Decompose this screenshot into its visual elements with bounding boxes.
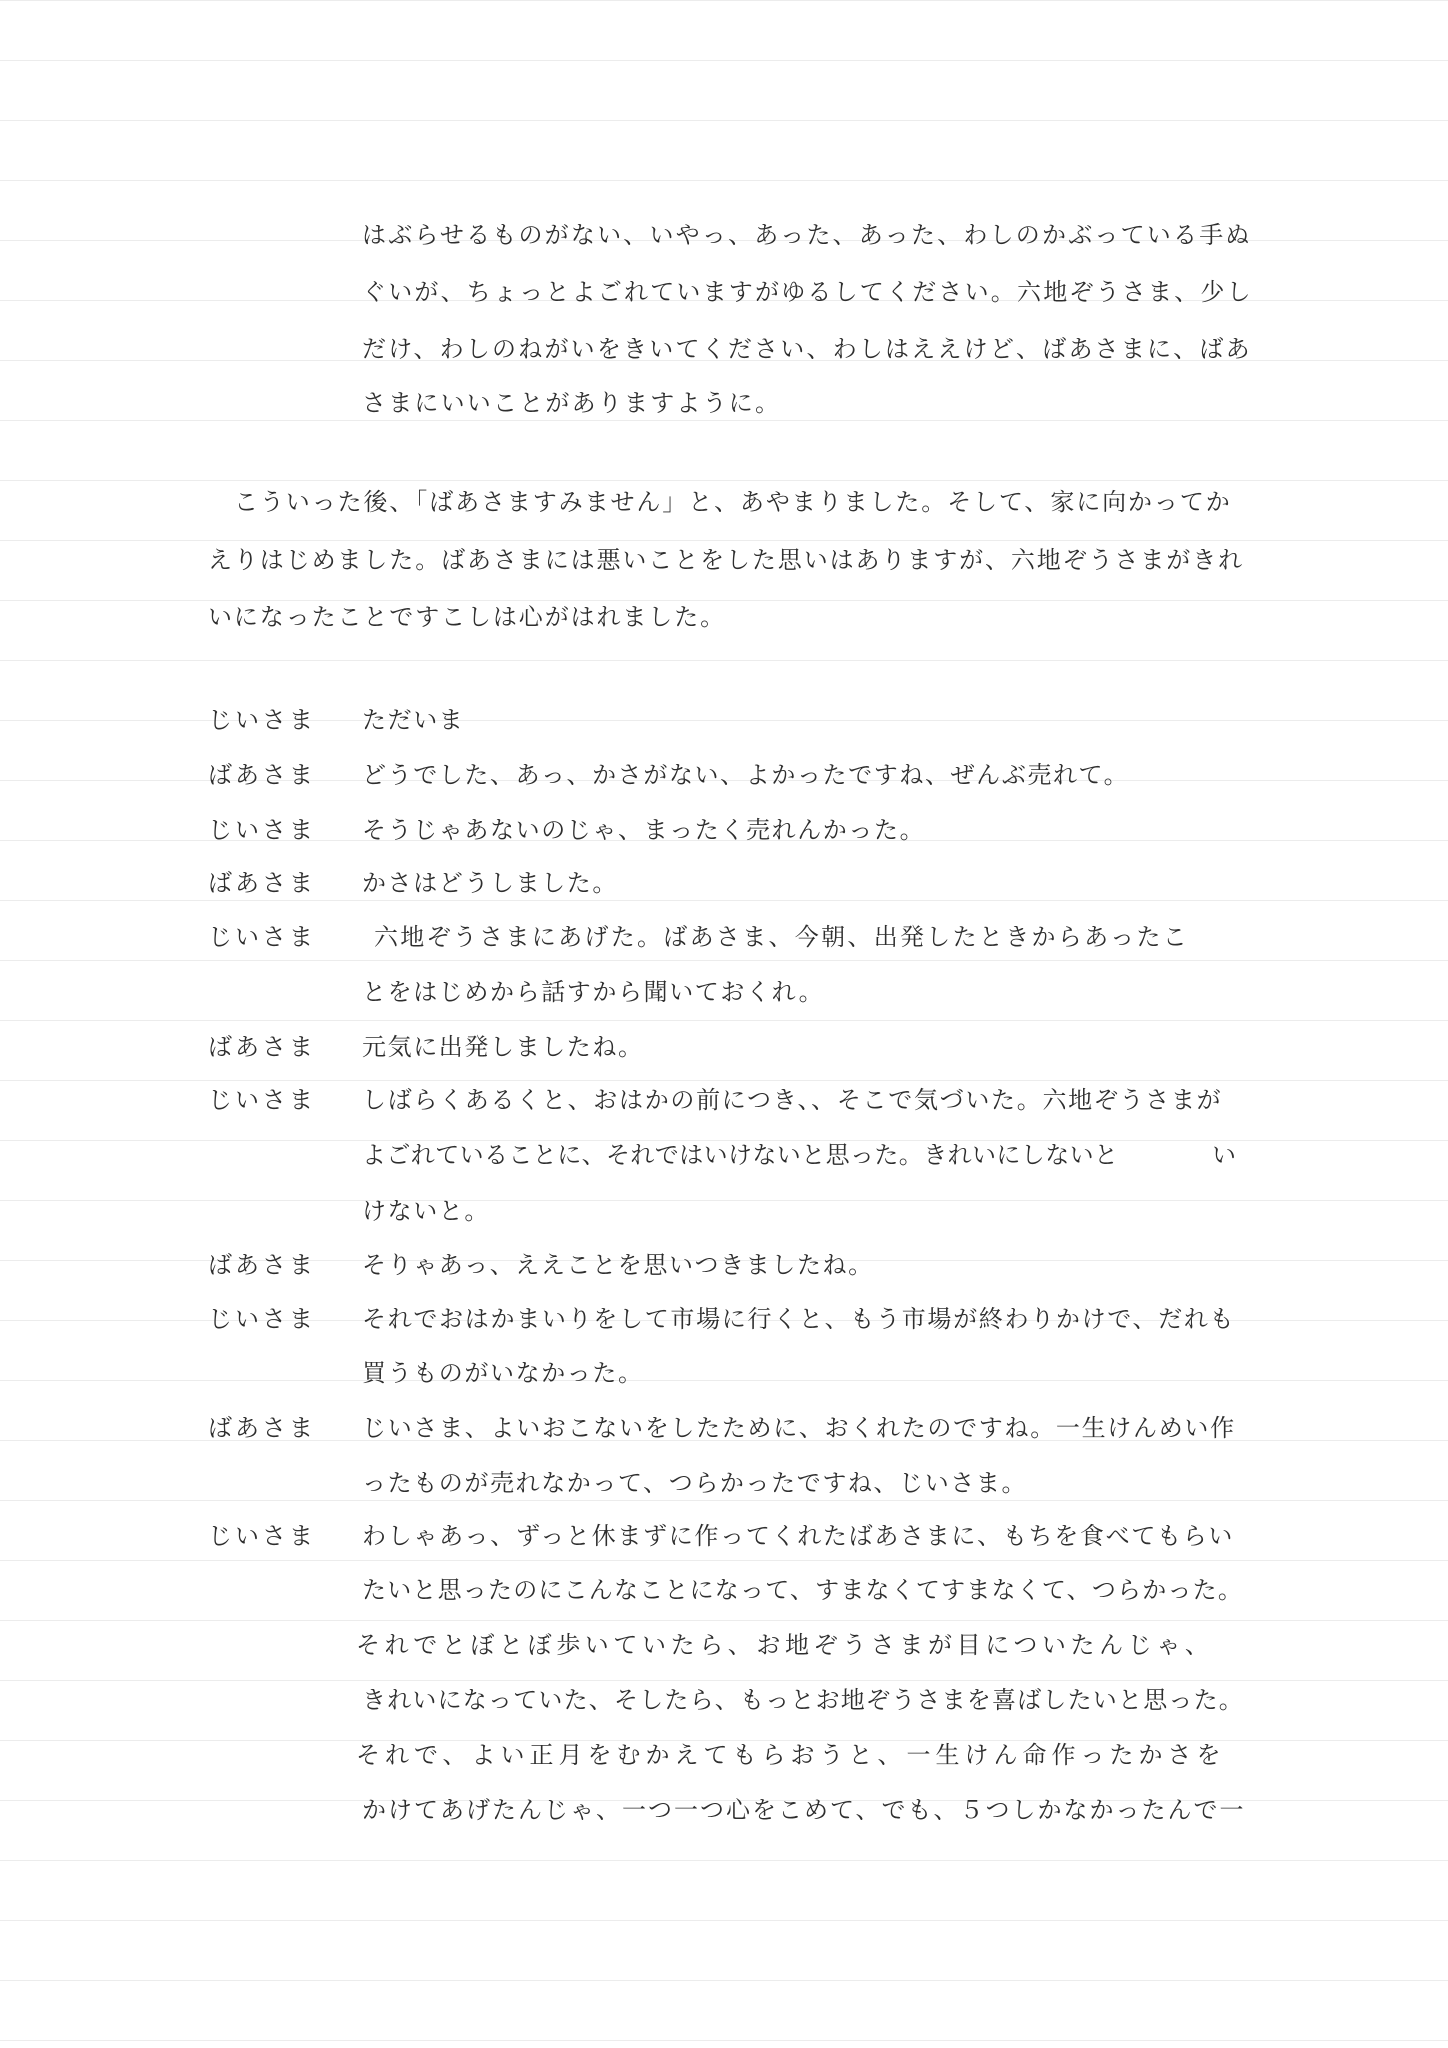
speaker-name: ばあさま bbox=[208, 1411, 316, 1445]
speech-line: 元気に出発しましたね。 bbox=[362, 1030, 644, 1064]
speech-line: ただいま bbox=[362, 703, 464, 737]
speech-line: かさはどうしました。 bbox=[362, 866, 618, 900]
speaker-name: ばあさま bbox=[208, 866, 316, 900]
speaker-name: ばあさま bbox=[208, 758, 316, 792]
prayer-line: ぐいが、ちょっとよごれていますがゆるしてください。六地ぞうさま、少し bbox=[362, 275, 1253, 309]
prayer-line: はぶらせるものがない、いやっ、あった、あった、わしのかぶっている手ぬ bbox=[362, 218, 1252, 252]
prayer-line: さまにいいことがありますように。 bbox=[362, 386, 781, 420]
speech-line: それで、よい正月をむかえてもらおうと、一生けん命作ったかさを bbox=[356, 1738, 1226, 1772]
speaker-name: じいさま bbox=[208, 1083, 316, 1117]
speech-line: どうでした、あっ、かさがない、よかったですね、ぜんぶ売れて。 bbox=[362, 758, 1129, 792]
speaker-name: じいさま bbox=[208, 1519, 316, 1553]
speech-line: 六地ぞうさまにあげた。ばあさま、今朝、出発したときからあったこ bbox=[374, 920, 1189, 954]
speech-line: それでおはかまいりをして市場に行くと、もう市場が終わりかけで、だれも bbox=[362, 1302, 1235, 1336]
narration-line: こういった後、「ばあさますみません」と、あやまりました。そして、家に向かってか bbox=[234, 485, 1232, 519]
speech-trailing-char: い bbox=[1212, 1138, 1236, 1172]
speech-line: しばらくあるくと、おはかの前につき、、そこで気づいた。六地ぞうさまが bbox=[362, 1083, 1222, 1117]
speech-line: わしゃあっ、ずっと休まずに作ってくれたばあさまに、もちを食べてもらい bbox=[362, 1519, 1234, 1553]
speech-line: 買うものがいなかった。 bbox=[362, 1356, 644, 1390]
prayer-line: だけ、わしのねがいをきいてください、わしはええけど、ばあさまに、ばあ bbox=[362, 332, 1252, 366]
speech-line: そうじゃあないのじゃ、まったく売れんかった。 bbox=[362, 813, 925, 847]
narration-line: えりはじめました。ばあさまには悪いことをした思いはありますが、六地ぞうさまがきれ bbox=[208, 543, 1244, 577]
speech-line: きれいになっていた、そしたら、もっとお地ぞうさまを喜ばしたいと思った。 bbox=[362, 1683, 1244, 1717]
speech-line: けないと。 bbox=[362, 1194, 490, 1228]
document-page: はぶらせるものがない、いやっ、あった、あった、わしのかぶっている手ぬ ぐいが、ち… bbox=[0, 0, 1448, 2048]
speech-line: かけてあげたんじゃ、一つ一つ心をこめて、でも、５つしかなかったんで一 bbox=[362, 1793, 1246, 1827]
speech-line: たいと思ったのにこんなことになって、すまなくてすまなくて、つらかった。 bbox=[362, 1573, 1243, 1607]
narration-line: いになったことですこしは心がはれました。 bbox=[208, 600, 726, 634]
speaker-name: じいさま bbox=[208, 920, 316, 954]
speaker-name: じいさま bbox=[208, 703, 316, 737]
speaker-name: じいさま bbox=[208, 813, 316, 847]
speech-line: よごれていることに、それではいけないと思った。きれいにしないと bbox=[362, 1138, 1118, 1172]
speech-line: それでとぼとぼ歩いていたら、お地ぞうさまが目についたんじゃ、 bbox=[356, 1628, 1214, 1662]
speech-line: とをはじめから話すから聞いておくれ。 bbox=[362, 975, 824, 1009]
speaker-name: ばあさま bbox=[208, 1030, 316, 1064]
speech-line: そりゃあっ、ええことを思いつきましたね。 bbox=[362, 1248, 874, 1282]
speech-line: ったものが売れなかって、つらかったですね、じいさま。 bbox=[362, 1466, 1027, 1500]
speech-line: じいさま、よいおこないをしたために、おくれたのですね。一生けんめい作 bbox=[362, 1411, 1236, 1445]
speaker-name: ばあさま bbox=[208, 1248, 316, 1282]
speaker-name: じいさま bbox=[208, 1302, 316, 1336]
